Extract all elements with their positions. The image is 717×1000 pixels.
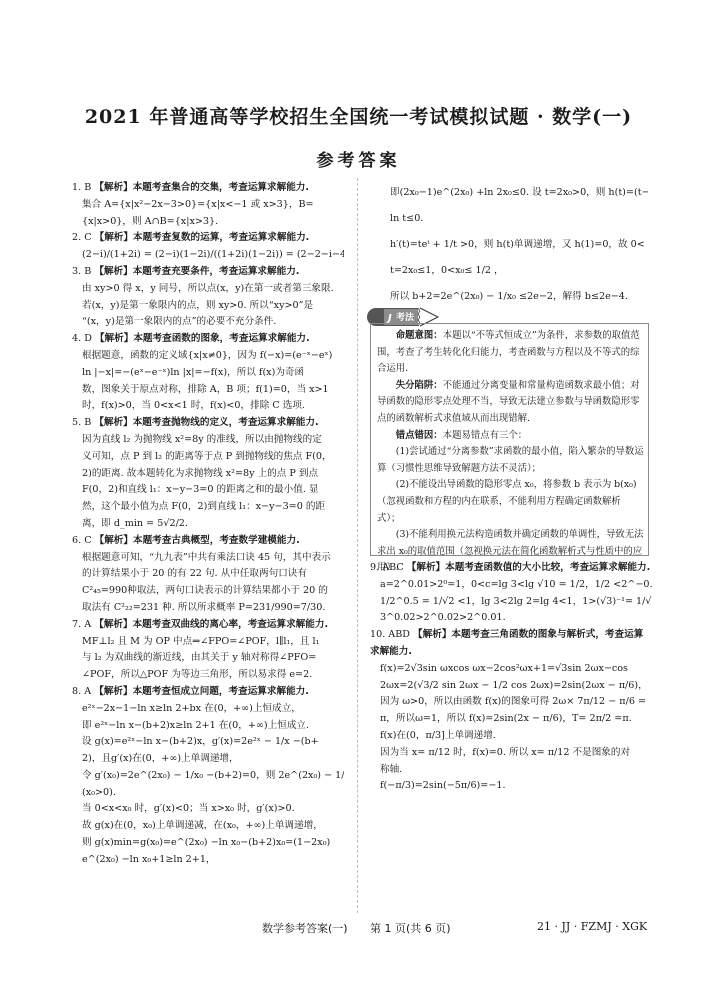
left-column: 1. B 【解析】本题考查集合的交集，考查运算求解能力.集合 A={x|x²−2…	[72, 180, 344, 869]
solution-line: 即(2x₀−1)e^(2x₀) +ln 2x₀≤0. 设 t=2x₀>0，则 h…	[380, 180, 648, 206]
solution-line: MF⊥l₂ 且 M 为 OP 中点⇒∠FPO=∠POF，l∥l₁，且 l₁	[72, 634, 344, 651]
question-number: 2. C	[72, 232, 92, 243]
question-description: 本题考查复数的运算，考查运算求解能力.	[133, 232, 309, 243]
footer-doc-name: 数学参考答案(一)	[262, 920, 348, 936]
question-header: 8. A 【解析】本题考查恒成立问题，考查运算求解能力.	[72, 684, 344, 701]
analysis-text: (1)尝试通过“分离参数”求函数的最小值，陷入繁杂的导数运算（习惯性思维导致解题…	[377, 446, 644, 474]
question-description: 本题考查集合的交集，考查运算求解能力.	[133, 182, 309, 193]
analysis-tag: 【解析】	[407, 562, 445, 573]
solution-line: 由 xy>0 得 x，y 同号，所以点(x，y)在第一或者第三象限.	[72, 281, 344, 298]
question-number: 7. A	[72, 619, 91, 630]
question-header: 6. C 【解析】本题考查古典概型，考查数学建模能力.	[72, 533, 344, 550]
solution-line: f(x)在(0，π/3]上单调递增.	[370, 728, 652, 745]
solution-line: 即 e²ˣ−ln x−(b+2)x≥ln 2+1 在(0，+∞)上恒成立.	[72, 718, 344, 735]
solution-line: F(0，2)和直线 l₁：x−y−3=0 的距离之和的最小值. 显	[72, 482, 344, 499]
solution-line: 因为直线 l₂ 为抛物线 x²=8y 的准线，所以由抛物线的定	[72, 432, 344, 449]
solution-line: 取法有 C²₂₂=231 种. 所以所求概率 P=231/990=7/30.	[72, 600, 344, 617]
solution-line: ln |−x|=−(eˣ−e⁻ˣ)ln |x|=−f(x)，所以 f(x)为奇函	[72, 365, 344, 382]
solution-line: 时，f(x)>0，当 0<x<1 时，f(x)<0，排除 C 选项.	[72, 398, 344, 415]
analysis-tag: 【解析】	[94, 266, 132, 277]
solution-line: C²₄₅=990种取法，两句口诀表示的计算结果都小于 20 的	[72, 583, 344, 600]
question-description: 本题考查双曲线的离心率，考查运算求解能力.	[133, 619, 329, 630]
solution-line: (2−i)/(1+2i) = (2−i)(1−2i)/((1+2i)(1−2i)…	[72, 247, 344, 264]
right-column-bottom: 9. ABC 【解析】本题考查函数值的大小比较，考查运算求解能力.a=2^0.0…	[370, 560, 652, 795]
question-item: 1. B 【解析】本题考查集合的交集，考查运算求解能力.集合 A={x|x²−2…	[72, 180, 344, 230]
solution-line: ln t≤0.	[380, 206, 648, 232]
solution-line: 因为 ω>0，所以由函数 f(x)的图象可得 2ω× 7π/12 − π/6 =	[370, 694, 652, 711]
analysis-tag: 【解析】	[95, 535, 133, 546]
solution-line: f(x)=2√3sin ωxcos ωx−2cos²ωx+1=√3sin 2ωx…	[370, 661, 652, 678]
analysis-label: 失分陷阱：	[396, 380, 443, 391]
solution-line: 3^0.02>2^0.02>2^0.01.	[370, 610, 652, 627]
solution-line: 根据题意可知，“九九表”中共有乘法口诀 45 句，其中表示	[72, 550, 344, 567]
column-divider	[357, 178, 358, 913]
question-item: 9. ABC 【解析】本题考查函数值的大小比较，考查运算求解能力.a=2^0.0…	[370, 560, 652, 627]
question-description: 本题考查三角函数的图象与解析式，考查运算求解能力.	[370, 629, 643, 657]
solution-line: 称轴.	[370, 762, 652, 779]
question-header: 4. D 【解析】本题考查函数的图象，考查运算求解能力.	[72, 331, 344, 348]
solution-line: 义可知，点 P 到 l₂ 的距离等于点 P 到抛物线的焦点 F(0，	[72, 449, 344, 466]
solution-line: “(x，y)是第一象限内的点”的必要不充分条件.	[72, 314, 344, 331]
footer-code: 21 · JJ · FZMJ · XGK	[537, 920, 647, 933]
analysis-paragraph: 命题意图：本题以“不等式恒成立”为条件，求参数的取值范围，考查了考生转化化归能力…	[377, 328, 644, 378]
right-column-top: 即(2x₀−1)e^(2x₀) +ln 2x₀≤0. 设 t=2x₀>0，则 h…	[380, 180, 648, 310]
question-number: 4. D	[72, 333, 92, 344]
solution-line: 2)的距离. 故本题转化为求抛物线 x²=8y 上的点 P 到点	[72, 466, 344, 483]
solution-line: f(−π/3)=2sin(−5π/6)=−1.	[370, 778, 652, 795]
analysis-box: 命题意图：本题以“不等式恒成立”为条件，求参数的取值范围，考查了考生转化化归能力…	[370, 323, 649, 556]
solution-line: 设 g(x)=e²ˣ−ln x−(b+2)x，g′(x)=2e²ˣ − 1/x …	[72, 734, 344, 751]
solution-line: 然，这个最小值为点 F(0，2)到直线 l₁：x−y−3=0 的距	[72, 499, 344, 516]
solution-line: 2)，且g′(x)在(0，+∞)上单调递增，	[72, 751, 344, 768]
analysis-paragraph: 失分陷阱：不能通过分离变量和常量构造函数求最小值；对导函数的隐形零点处理不当，导…	[377, 378, 644, 428]
question-item: 7. A 【解析】本题考查双曲线的离心率，考查运算求解能力.MF⊥l₂ 且 M …	[72, 617, 344, 684]
analysis-tag: 【解析】	[94, 182, 132, 193]
question-item: 6. C 【解析】本题考查古典概型，考查数学建模能力.根据题意可知，“九九表”中…	[72, 533, 344, 617]
analysis-tag: 【解析】	[95, 232, 133, 243]
solution-line: 集合 A={x|x²−2x−3>0}={x|x<−1 或 x>3}，B=	[72, 197, 344, 214]
question-number: 9. ABC	[370, 562, 404, 573]
solution-line: 若(x，y)是第一象限内的点，则 xy>0. 所以“xy>0”是	[72, 298, 344, 315]
document-subtitle: 参考答案	[0, 146, 717, 171]
analysis-text: (2)不能设出导函数的隐形零点 x₀，将参数 b 表示为 b(x₀)（忽视函数和…	[377, 479, 637, 523]
solution-line: t=2x₀≤1，0<x₀≤ 1/2 ，	[380, 258, 648, 284]
analysis-tag: 【解析】	[94, 686, 132, 697]
question-description: 本题考查恒成立问题，考查运算求解能力.	[133, 686, 309, 697]
analysis-label: 错点错因：	[396, 430, 443, 441]
solution-line: h′(t)=teᵗ + 1/t >0，则 h(t)单调递增，又 h(1)=0，故…	[380, 232, 648, 258]
solution-line: ∠POF，所以△POF 为等边三角形，所以易求得 e=2.	[72, 667, 344, 684]
solution-line: a=2^0.01>2⁰=1，0<c=lg 3<lg √10 = 1/2，1/2 …	[370, 577, 652, 594]
question-description: 本题考查抛物线的定义，考查运算求解能力.	[133, 417, 319, 428]
question-description: 本题考查函数的图象，考查运算求解能力.	[133, 333, 309, 344]
analysis-tag: 【解析】	[95, 333, 133, 344]
question-item: 2. C 【解析】本题考查复数的运算，考查运算求解能力.(2−i)/(1+2i)…	[72, 230, 344, 264]
question-item: 5. B 【解析】本题考查抛物线的定义，考查运算求解能力.因为直线 l₂ 为抛物…	[72, 415, 344, 533]
question-header: 10. ABD 【解析】本题考查三角函数的图象与解析式，考查运算求解能力.	[370, 627, 652, 661]
solution-line: 当 0<x<x₀ 时，g′(x)<0；当 x>x₀ 时，g′(x)>0.	[72, 801, 344, 818]
question-number: 6. C	[72, 535, 92, 546]
question-item: 4. D 【解析】本题考查函数的图象，考查运算求解能力.根据题意，函数的定义域{…	[72, 331, 344, 415]
question-header: 3. B 【解析】本题考查充要条件，考查运算求解能力.	[72, 264, 344, 281]
analysis-tag: 【解析】	[94, 417, 132, 428]
solution-line: 与 l₂ 为双曲线的渐近线，由其关于 y 轴对称得∠PFO=	[72, 650, 344, 667]
solution-line: {x|x>0}，则 A∩B={x|x>3}.	[72, 214, 344, 231]
question-number: 1. B	[72, 182, 91, 193]
question-number: 10. ABD	[370, 629, 410, 640]
question-header: 2. C 【解析】本题考查复数的运算，考查运算求解能力.	[72, 230, 344, 247]
question-number: 8. A	[72, 686, 91, 697]
solution-line: 离，即 d_min = 5√2/2.	[72, 516, 344, 533]
question-header: 5. B 【解析】本题考查抛物线的定义，考查运算求解能力.	[72, 415, 344, 432]
footer-page-info: 第 1 页(共 6 页)	[370, 920, 451, 936]
solution-line: 令 g′(x₀)=2e^(2x₀) − 1/x₀ −(b+2)=0，则 2e^(…	[72, 768, 344, 785]
solution-line: 2ωx=2(√3/2 sin 2ωx − 1/2 cos 2ωx)=2sin(2…	[370, 678, 652, 695]
analysis-paragraph: (1)尝试通过“分离参数”求函数的最小值，陷入繁杂的导数运算（习惯性思维导致解题…	[377, 444, 644, 477]
question-header: 1. B 【解析】本题考查集合的交集，考查运算求解能力.	[72, 180, 344, 197]
solution-line: 数，图象关于原点对称，排除 A，B 项；f(1)=0，当 x>1	[72, 382, 344, 399]
analysis-paragraph: 错点错因：本题易错点有三个：	[377, 428, 644, 445]
solution-line: e^(2x₀) −ln x₀+1≥ln 2+1，	[72, 852, 344, 869]
document-title: 2021 年普通高等学校招生全国统一考试模拟试题 · 数学(一)	[0, 102, 717, 129]
analysis-text: 本题易错点有三个：	[443, 430, 527, 441]
solution-line: e²ˣ−2x−1−ln x≥ln 2+bx 在(0，+∞)上恒成立，	[72, 701, 344, 718]
solution-line: π，所以ω=1，所以 f(x)=2sin(2x − π/6)，T= 2π/2 =…	[370, 711, 652, 728]
analysis-tag: 【解析】	[94, 619, 132, 630]
analysis-label: 命题意图：	[396, 330, 443, 341]
solution-line: 根据题意，函数的定义域{x|x≠0}，因为 f(−x)=(e⁻ˣ−eˣ)	[72, 348, 344, 365]
question-description: 本题考查古典概型，考查数学建模能力.	[133, 535, 300, 546]
question-number: 3. B	[72, 266, 91, 277]
solution-line: 因为当 x= π/12 时，f(x)=0. 所以 x= π/12 不是图象的对	[370, 745, 652, 762]
question-item: 3. B 【解析】本题考查充要条件，考查运算求解能力.由 xy>0 得 x，y …	[72, 264, 344, 331]
analysis-tag: 【解析】	[413, 629, 451, 640]
analysis-paragraph: (2)不能设出导函数的隐形零点 x₀，将参数 b 表示为 b(x₀)（忽视函数和…	[377, 477, 644, 527]
pencil-label: 考法	[396, 310, 414, 323]
solution-line: 的计算结果小于 20 的有 22 句. 从中任取两句口诀有	[72, 566, 344, 583]
question-description: 本题考查函数值的大小比较，考查运算求解能力.	[445, 562, 650, 573]
solution-line: 则 g(x)min=g(x₀)=e^(2x₀) −ln x₀−(b+2)x₀=(…	[72, 835, 344, 852]
question-item: 8. A 【解析】本题考查恒成立问题，考查运算求解能力.e²ˣ−2x−1−ln …	[72, 684, 344, 869]
question-number: 5. B	[72, 417, 91, 428]
solution-line: (x₀>0).	[72, 785, 344, 802]
question-item: 10. ABD 【解析】本题考查三角函数的图象与解析式，考查运算求解能力.f(x…	[370, 627, 652, 795]
question-header: 7. A 【解析】本题考查双曲线的离心率，考查运算求解能力.	[72, 617, 344, 634]
solution-line: 故 g(x)在(0，x₀)上单调递减，在(x₀，+∞)上单调递增，	[72, 818, 344, 835]
solution-line: 1/2^0.5 = 1/√2 <1，lg 3<2lg 2=lg 4<1，1>(√…	[370, 594, 652, 611]
question-description: 本题考查充要条件，考查运算求解能力.	[133, 266, 300, 277]
question-header: 9. ABC 【解析】本题考查函数值的大小比较，考查运算求解能力.	[370, 560, 652, 577]
